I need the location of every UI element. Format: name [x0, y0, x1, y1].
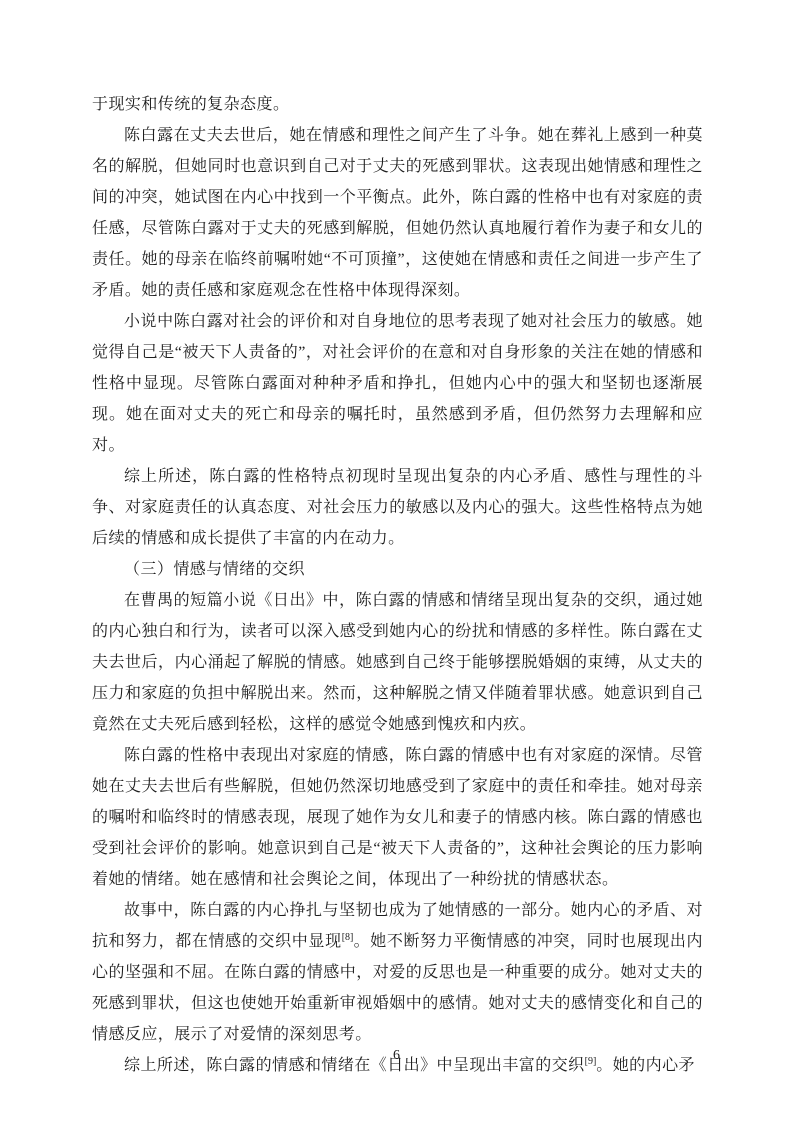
paragraph: 小说中陈白露对社会的评价和对自身地位的思考表现了她对社会压力的敏感。她觉得自己是… [92, 306, 703, 461]
text-content: 于现实和传统的复杂态度。 陈白露在丈夫去世后，她在情感和理性之间产生了斗争。她在… [92, 89, 703, 1081]
page-number: 6 [393, 1048, 400, 1063]
paragraph: 在曹禺的短篇小说《日出》中，陈白露的情感和情绪呈现出复杂的交织，通过她的内心独白… [92, 585, 703, 740]
paragraph: 故事中，陈白露的内心挣扎与坚韧也成为了她情感的一部分。她内心的矛盾、对抗和努力，… [92, 895, 703, 1050]
paragraph: 陈白露在丈夫去世后，她在情感和理性之间产生了斗争。她在葬礼上感到一种莫名的解脱，… [92, 120, 703, 306]
section-heading: （三）情感与情绪的交织 [92, 554, 703, 585]
paragraph: 综上所述，陈白露的性格特点初现时呈现出复杂的内心矛盾、感性与理性的斗争、对家庭责… [92, 461, 703, 554]
page-footer: 6 [0, 1046, 793, 1064]
paragraph-continuation: 于现实和传统的复杂态度。 [92, 89, 703, 120]
document-page: 于现实和传统的复杂态度。 陈白露在丈夫去世后，她在情感和理性之间产生了斗争。她在… [0, 0, 793, 1122]
paragraph: 陈白露的性格中表现出对家庭的情感，陈白露的情感中也有对家庭的深情。尽管她在丈夫去… [92, 740, 703, 895]
footnote-ref-8: [8] [342, 932, 354, 943]
